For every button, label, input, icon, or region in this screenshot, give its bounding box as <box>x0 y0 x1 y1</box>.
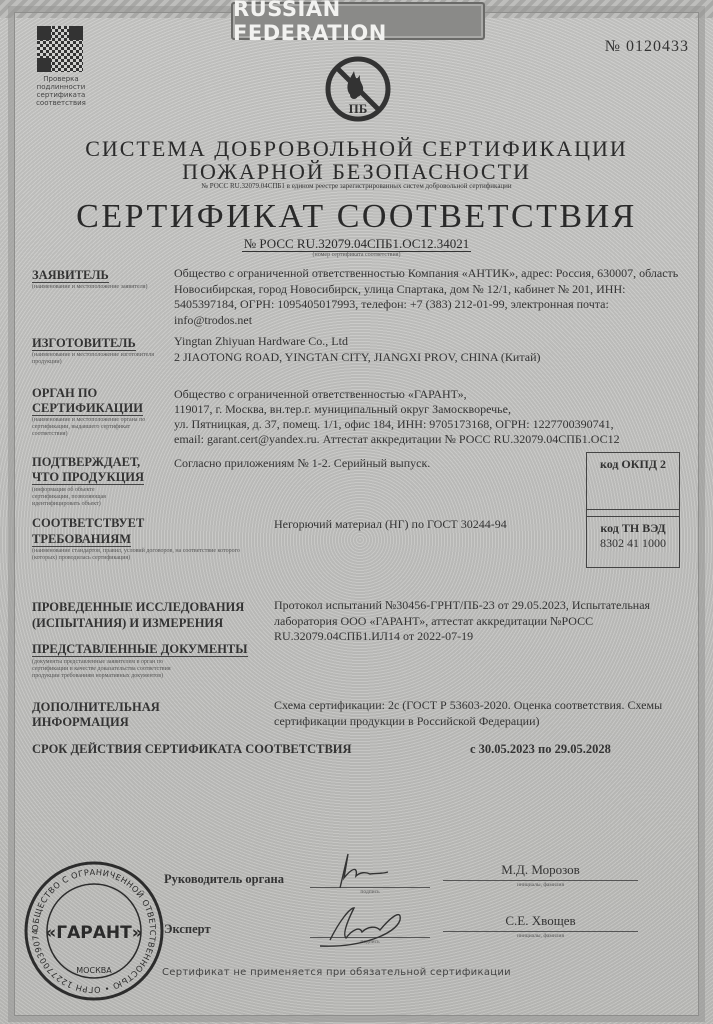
no-fire-logo-icon: ПБ <box>324 55 392 123</box>
validity-label: СРОК ДЕЙСТВИЯ СЕРТИФИКАТА СООТВЕТСТВИЯ <box>32 742 352 757</box>
product-caption: (информация об объекте сертификации, поз… <box>32 487 132 508</box>
product-label-line1: ПОДТВЕРЖДАЕТ, <box>32 455 140 470</box>
tnved-value: 8302 41 1000 <box>587 536 679 551</box>
requirements-label-line2: ТРЕБОВАНИЯМ <box>32 532 131 547</box>
okpd-label: код ОКПД 2 <box>587 457 679 472</box>
applicant-label: ЗАЯВИТЕЛЬ <box>32 268 109 283</box>
applicant-caption: (наименование и местоположение заявителя… <box>32 284 167 291</box>
footer-note: Сертификат не применяется при обязательн… <box>162 967 511 978</box>
expert-role-label: Эксперт <box>164 922 211 937</box>
applicant-value: Общество с ограниченной ответственностью… <box>174 266 679 328</box>
registry-line: № РОСС RU.32079.04СПБ1 в едином реестре … <box>0 182 713 190</box>
cert-body-line2: 119017, г. Москва, вн.тер.г. муниципальн… <box>174 402 679 418</box>
head-name: М.Д. Морозов <box>443 862 638 878</box>
expert-name-caption: инициалы, фамилия <box>443 933 638 939</box>
tnved-code-box: код ТН ВЭД 8302 41 1000 <box>586 516 680 568</box>
documents-label: ПРЕДСТАВЛЕННЫЕ ДОКУМЕНТЫ <box>32 642 248 657</box>
expert-name: С.Е. Хвощев <box>443 913 638 929</box>
okpd-code-box: код ОКПД 2 <box>586 452 680 510</box>
product-label-line2: ЧТО ПРОДУКЦИЯ <box>32 470 144 485</box>
documents-caption: (документы представленные заявителем в о… <box>32 659 182 680</box>
cert-body-line1: Общество с ограниченной ответственностью… <box>174 387 679 403</box>
additional-value: Схема сертификации: 2с (ГОСТ Р 53603-202… <box>274 698 684 729</box>
certificate-serial-number: № 0120433 <box>605 38 689 56</box>
research-label-line1: ПРОВЕДЕННЫЕ ИССЛЕДОВАНИЯ <box>32 600 244 615</box>
certificate-number: № РОСС RU.32079.04СПБ1.ОС12.34021 <box>0 236 713 252</box>
additional-label-line1: ДОПОЛНИТЕЛЬНАЯ <box>32 700 160 715</box>
manufacturer-address: 2 JIAOTONG ROAD, YINGTAN CITY, JIANGXI P… <box>174 350 679 366</box>
tnved-label: код ТН ВЭД <box>587 521 679 536</box>
manufacturer-name: Yingtan Zhiyuan Hardware Co., Ltd <box>174 334 679 350</box>
research-label-line2: (ИСПЫТАНИЯ) И ИЗМЕРЕНИЯ <box>32 616 223 631</box>
manufacturer-caption: (наименование и местоположение изготовит… <box>32 352 167 366</box>
cert-body-label-line2: СЕРТИФИКАЦИИ <box>32 401 143 416</box>
head-signature-icon <box>330 848 400 898</box>
certificate-number-text: № РОСС RU.32079.04СПБ1.ОС12.34021 <box>242 236 471 252</box>
additional-label-line2: ИНФОРМАЦИЯ <box>32 715 129 730</box>
qr-code-icon[interactable] <box>37 26 83 72</box>
qr-caption: Проверка подлинности сертификата соответ… <box>33 75 89 107</box>
garant-seal-stamp: ОБЩЕСТВО С ОГРАНИЧЕННОЙ ОТВЕТСТВЕННОСТЬЮ… <box>22 852 166 1010</box>
cert-body-line4: email: garant.cert@yandex.ru. Аттестат а… <box>174 432 679 448</box>
requirements-caption: (наименование стандартов, правил, услови… <box>32 548 262 562</box>
requirements-value: Негорючий материал (НГ) по ГОСТ 30244-94 <box>274 517 574 533</box>
head-name-caption: инициалы, фамилия <box>443 882 638 888</box>
svg-text:ПБ: ПБ <box>349 101 368 116</box>
validity-period: с 30.05.2023 по 29.05.2028 <box>470 742 611 757</box>
cert-body-label-line1: ОРГАН ПО <box>32 386 97 401</box>
certificate-number-caption: (номер сертификата соответствия) <box>0 252 713 258</box>
cert-body-caption: (наименование и местоположение органа по… <box>32 417 167 438</box>
manufacturer-label: ИЗГОТОВИТЕЛЬ <box>32 336 136 351</box>
certificate-page: RUSSIAN FEDERATION Проверка подлинности … <box>0 0 713 1024</box>
requirements-label-line1: СООТВЕТСТВУЕТ <box>32 516 144 531</box>
expert-signature-icon <box>310 900 410 952</box>
head-name-line <box>443 880 638 881</box>
research-value: Протокол испытаний №30456-ГРНТ/ПБ-23 от … <box>274 598 684 645</box>
cert-body-line3: ул. Пятницкая, д. 37, помещ. 1/1, офис 1… <box>174 417 679 433</box>
expert-name-line <box>443 931 638 932</box>
head-role-label: Руководитель органа <box>164 872 284 887</box>
country-banner: RUSSIAN FEDERATION <box>231 2 485 40</box>
svg-text:«ГАРАНТ»: «ГАРАНТ» <box>45 923 142 943</box>
certificate-title: СЕРТИФИКАТ СООТВЕТСТВИЯ <box>0 198 713 236</box>
svg-text:МОСКВА: МОСКВА <box>76 966 112 975</box>
